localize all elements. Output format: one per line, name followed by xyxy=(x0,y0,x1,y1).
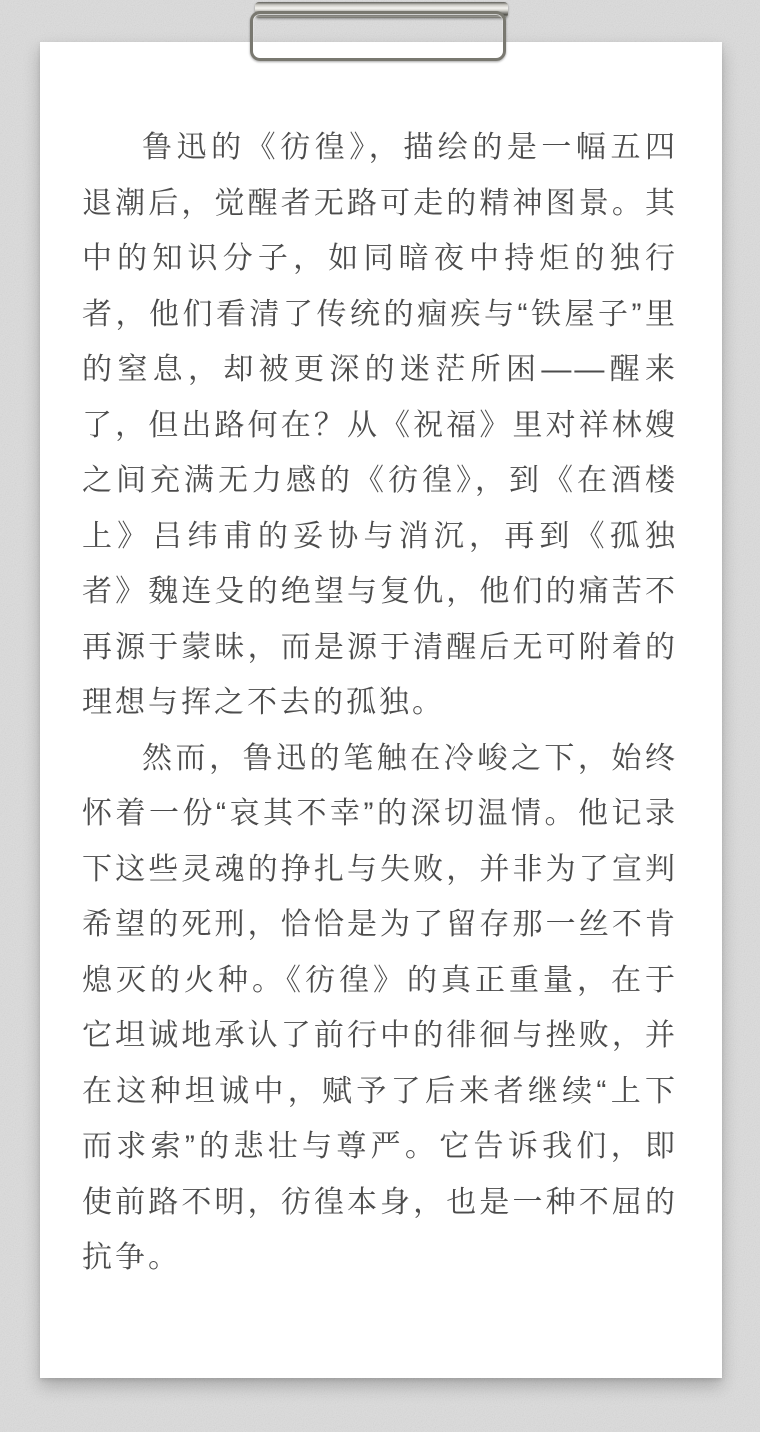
page-background: { "theme": { "background_color": "#dcdcd… xyxy=(0,0,760,1432)
essay-paragraph-2: 然而，鲁迅的笔触在冷峻之下，始终怀着一份“哀其不幸”的深切温情。他记录下这些灵魂… xyxy=(82,731,678,1286)
essay-content: 鲁迅的《彷徨》，描绘的是一幅五四退潮后，觉醒者无路可走的精神图景。其中的知识分子… xyxy=(82,120,678,1286)
clip-wire-loop xyxy=(250,11,506,61)
paper-card: 鲁迅的《彷徨》，描绘的是一幅五四退潮后，觉醒者无路可走的精神图景。其中的知识分子… xyxy=(40,42,722,1378)
essay-paragraph-1: 鲁迅的《彷徨》，描绘的是一幅五四退潮后，觉醒者无路可走的精神图景。其中的知识分子… xyxy=(82,120,678,731)
clipboard-clip xyxy=(250,2,510,58)
